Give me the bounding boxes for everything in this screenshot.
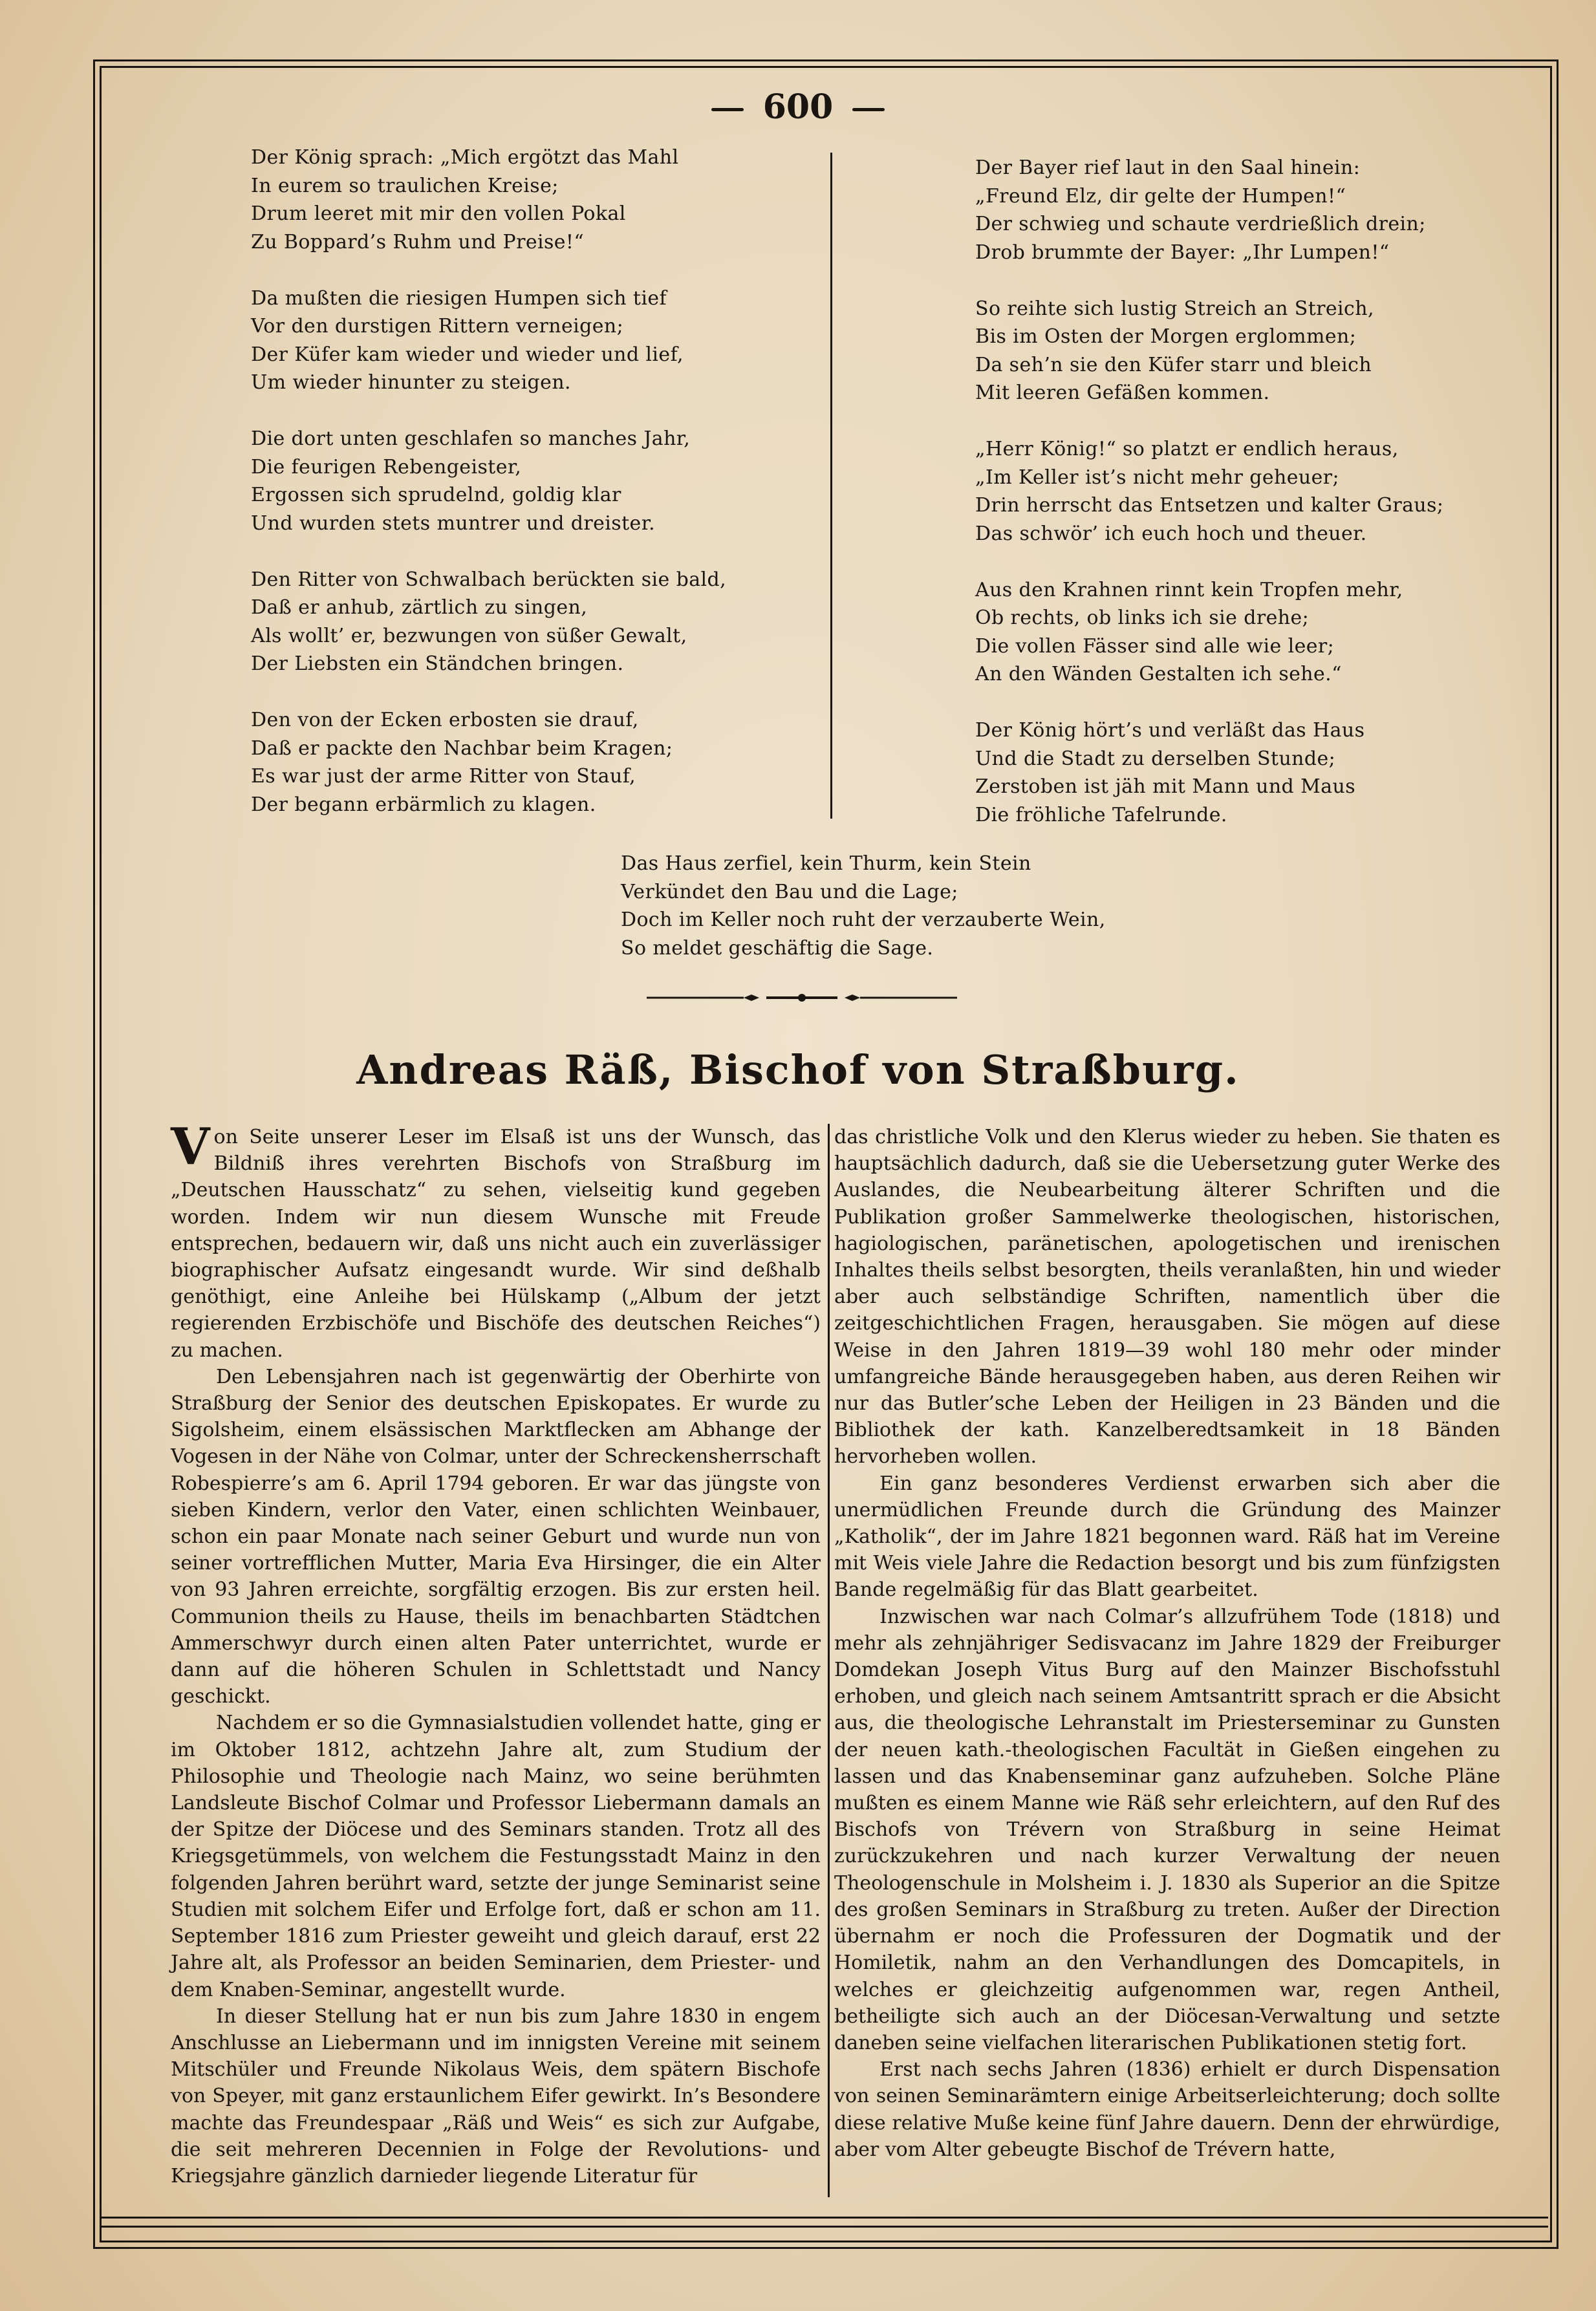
- poem-stanza: Die dort unten geschlafen so manches Jah…: [251, 425, 726, 537]
- poem-column-divider: [830, 153, 832, 819]
- poem-line: Bis im Osten der Morgen erglommen;: [975, 323, 1443, 351]
- bottom-rule: [100, 2217, 1548, 2219]
- paragraph-text: on Seite unserer Leser im Elsaß ist uns …: [171, 1126, 821, 1362]
- poem-line: Als wollt’ er, bezwungen von süßer Gewal…: [251, 622, 726, 650]
- poem-line: Vor den durstigen Rittern verneigen;: [251, 312, 726, 341]
- poem-line: Die fröhliche Tafelrunde.: [975, 801, 1443, 830]
- poem-stanza: Der König sprach: „Mich ergötzt das Mahl…: [251, 144, 726, 256]
- poem-stanza: Der König hört’s und verläßt das Haus Un…: [975, 716, 1443, 829]
- poem-line: Der König sprach: „Mich ergötzt das Mahl: [251, 144, 726, 172]
- poem-line: Die vollen Fässer sind alle wie leer;: [975, 632, 1443, 661]
- poem-line: In eurem so traulichen Kreise;: [251, 172, 726, 200]
- ornament-dash-right: [852, 108, 885, 111]
- poem-line: Drin herrscht das Entsetzen und kalter G…: [975, 491, 1443, 520]
- poem-line: Zu Boppard’s Ruhm und Preise!“: [251, 228, 726, 257]
- poem-line: Mit leeren Gefäßen kommen.: [975, 379, 1443, 407]
- poem-stanza: Der Bayer rief laut in den Saal hinein: …: [975, 154, 1443, 266]
- poem-line: Und die Stadt zu derselben Stunde;: [975, 745, 1443, 773]
- article-paragraph: Den Lebensjahren nach ist gegenwärtig de…: [171, 1364, 821, 1710]
- page-number-text: 600: [763, 87, 834, 127]
- poem-right-column: Der Bayer rief laut in den Saal hinein: …: [975, 154, 1443, 857]
- poem-line: Das Haus zerfiel, kein Thurm, kein Stein: [621, 850, 1106, 878]
- poem-line: Doch im Keller noch ruht der verzauberte…: [621, 906, 1106, 934]
- poem-line: Ob rechts, ob links ich sie drehe;: [975, 604, 1443, 632]
- article-paragraph: Nachdem er so die Gymnasialstudien volle…: [171, 1710, 821, 2003]
- poem-line: Es war just der arme Ritter von Stauf,: [251, 762, 726, 791]
- section-divider-ornament-icon: [647, 993, 957, 1002]
- poem-left-column: Der König sprach: „Mich ergötzt das Mahl…: [251, 144, 726, 847]
- article-left-column: Von Seite unserer Leser im Elsaß ist uns…: [171, 1124, 821, 2189]
- article-paragraph: Inzwischen war nach Colmar’s allzufrühem…: [834, 1604, 1500, 2056]
- poem-line: Zerstoben ist jäh mit Mann und Maus: [975, 773, 1443, 801]
- article-paragraph: In dieser Stellung hat er nun bis zum Ja…: [171, 2003, 821, 2189]
- poem-stanza: „Herr König!“ so platzt er endlich herau…: [975, 435, 1443, 548]
- poem-line: Drum leeret mit mir den vollen Pokal: [251, 200, 726, 228]
- article-title: Andreas Räß, Bischof von Straßburg.: [0, 1046, 1596, 1093]
- poem-line: An den Wänden Gestalten ich sehe.“: [975, 660, 1443, 689]
- poem-line: Da seh’n sie den Küfer starr und bleich: [975, 351, 1443, 380]
- poem-line: Das schwör’ ich euch hoch und theuer.: [975, 520, 1443, 548]
- poem-line: Daß er anhub, zärtlich zu singen,: [251, 594, 726, 622]
- poem-line: „Im Keller ist’s nicht mehr geheuer;: [975, 464, 1443, 492]
- poem-line: Drob brummte der Bayer: „Ihr Lumpen!“: [975, 239, 1443, 267]
- poem-line: Daß er packte den Nachbar beim Kragen;: [251, 735, 726, 763]
- poem-line: Den Ritter von Schwalbach berückten sie …: [251, 566, 726, 594]
- poem-line: Und wurden stets muntrer und dreister.: [251, 510, 726, 538]
- poem-stanza: Da mußten die riesigen Humpen sich tief …: [251, 285, 726, 397]
- poem-stanza: So reihte sich lustig Streich an Streich…: [975, 295, 1443, 407]
- poem-line: Die feurigen Rebengeister,: [251, 453, 726, 482]
- poem-line: Verkündet den Bau und die Lage;: [621, 878, 1106, 907]
- poem-final-stanza: Das Haus zerfiel, kein Thurm, kein Stein…: [621, 850, 1106, 962]
- article-column-divider: [828, 1124, 830, 2197]
- article-paragraph: Von Seite unserer Leser im Elsaß ist uns…: [171, 1124, 821, 1364]
- poem-line: „Herr König!“ so platzt er endlich herau…: [975, 435, 1443, 464]
- bottom-rule: [100, 2226, 1548, 2228]
- poem-line: Da mußten die riesigen Humpen sich tief: [251, 285, 726, 313]
- poem-line: Der Küfer kam wieder und wieder und lief…: [251, 341, 726, 369]
- poem-stanza: Aus den Krahnen rinnt kein Tropfen mehr,…: [975, 576, 1443, 689]
- poem-line: So reihte sich lustig Streich an Streich…: [975, 295, 1443, 323]
- page-number: 600: [0, 87, 1596, 127]
- poem-line: Der König hört’s und verläßt das Haus: [975, 716, 1443, 745]
- poem-line: Der schwieg und schaute verdrießlich dre…: [975, 210, 1443, 239]
- poem-line: Die dort unten geschlafen so manches Jah…: [251, 425, 726, 453]
- drop-cap: V: [171, 1126, 210, 1168]
- poem-stanza: Den Ritter von Schwalbach berückten sie …: [251, 566, 726, 678]
- poem-line: Der Bayer rief laut in den Saal hinein:: [975, 154, 1443, 182]
- poem-line: Aus den Krahnen rinnt kein Tropfen mehr,: [975, 576, 1443, 605]
- poem-line: Der begann erbärmlich zu klagen.: [251, 791, 726, 819]
- article-paragraph: das christliche Volk und den Klerus wied…: [834, 1124, 1500, 1470]
- poem-line: Ergossen sich sprudelnd, goldig klar: [251, 481, 726, 510]
- poem-line: So meldet geschäftig die Sage.: [621, 934, 1106, 963]
- poem-line: Den von der Ecken erbosten sie drauf,: [251, 706, 726, 735]
- ornament-dash-left: [711, 108, 744, 111]
- article-paragraph: Erst nach sechs Jahren (1836) erhielt er…: [834, 2056, 1500, 2163]
- poem-stanza: Den von der Ecken erbosten sie drauf, Da…: [251, 706, 726, 819]
- poem-line: Um wieder hinunter zu steigen.: [251, 369, 726, 397]
- article-right-column: das christliche Volk und den Klerus wied…: [834, 1124, 1500, 2163]
- poem-line: „Freund Elz, dir gelte der Humpen!“: [975, 182, 1443, 211]
- article-paragraph: Ein ganz besonderes Verdienst erwarben s…: [834, 1470, 1500, 1604]
- poem-line: Der Liebsten ein Ständchen bringen.: [251, 650, 726, 678]
